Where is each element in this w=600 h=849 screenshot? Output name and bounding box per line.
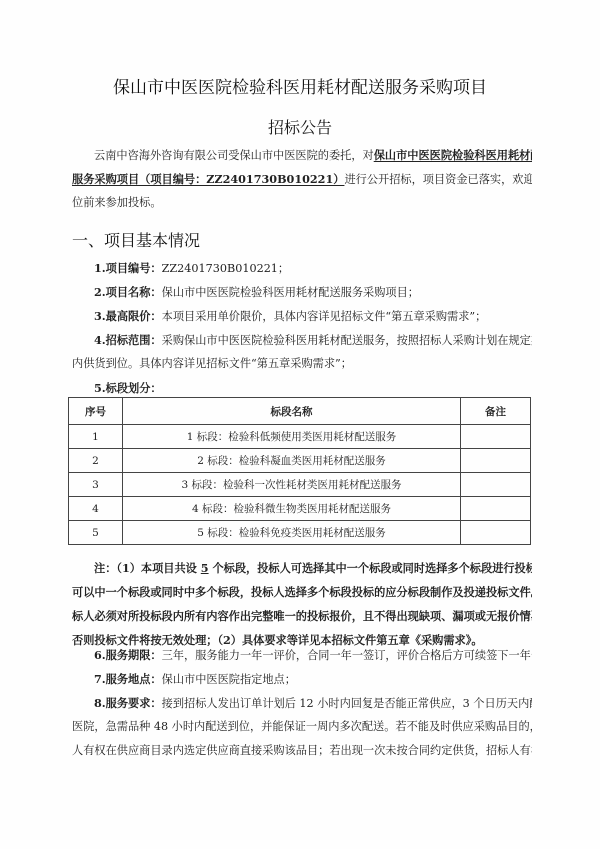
note-text: 。投 xyxy=(531,585,532,599)
item-max-price: 3.最高限价：本项目采用单价限价，具体内容详见招标文件“第五章采购需求”； xyxy=(72,304,532,328)
item-label: 8.服务要求： xyxy=(94,696,162,710)
header-seq: 序号 xyxy=(69,398,123,425)
cell-remarks xyxy=(461,425,531,449)
cell-seq: 5 xyxy=(69,521,123,545)
item-service-period: 6.服务期限：三年，服务能力一年一评价，合同一年一签订，评价合格后方可续签下一年… xyxy=(72,643,532,667)
note-line-3: 标人必须对所投标段内所有内容作出完整唯一的投标报价，且不得出现缺项、漏项或无报价… xyxy=(72,604,532,628)
table-row: 5 5 标段：检验科免疫类医用耗材配送服务 xyxy=(69,521,531,545)
header-lot-name: 标段名称 xyxy=(123,398,461,425)
cell-remarks xyxy=(461,473,531,497)
item-label: 3.最高限价： xyxy=(94,309,162,323)
item-text: 保山市中医医院检验科医用耗材配送服务采购项目； xyxy=(162,286,419,299)
item-text: 保山市中医医院指定地点； xyxy=(162,673,296,686)
note-line-2: 可以中一个标段或同时中多个标段，投标人选择多个标段投标的应分标段制作及投递投标文… xyxy=(72,580,532,604)
item-label: 7.服务地点： xyxy=(94,672,162,686)
note-text: 可以中一个标段或同时中多个标段，投标人选择多个标段投标的 xyxy=(72,585,385,599)
item-tender-scope-continuation: 内供货到位。具体内容详见招标文件“第五章采购需求”； xyxy=(72,352,532,376)
table-row: 4 4 标段：检验科微生物类医用耗材配送服务 xyxy=(69,497,531,521)
item-text: 本项目采用单价限价，具体内容详见招标文件“第五章采购需求”； xyxy=(162,310,487,323)
note-text: 注：（1）本项目共设 xyxy=(94,561,201,575)
note-line-1: 注：（1）本项目共设 5 个标段，投标人可选择其中一个标段或同时选择多个标段进行… xyxy=(72,556,532,580)
cell-lot-name: 3 标段：检验科一次性耗材类医用耗材配送服务 xyxy=(123,473,461,497)
intro-line-3: 位前来参加投标。 xyxy=(72,191,532,215)
cell-seq: 1 xyxy=(69,425,123,449)
table-row: 3 3 标段：检验科一次性耗材类医用耗材配送服务 xyxy=(69,473,531,497)
table-row: 2 2 标段：检验科凝血类医用耗材配送服务 xyxy=(69,449,531,473)
cell-remarks xyxy=(461,449,531,473)
cell-lot-name: 5 标段：检验科免疫类医用耗材配送服务 xyxy=(123,521,461,545)
item-service-requirements-continuation-2: 人有权在供应商目录内选定供应商直接采购该品目；若出现一次未按合同约定供货，招标人… xyxy=(72,739,532,763)
cell-lot-name: 4 标段：检验科微生物类医用耗材配送服务 xyxy=(123,497,461,521)
table-row: 1 1 标段：检验科低频使用类医用耗材配送服务 xyxy=(69,425,531,449)
cell-lot-name: 1 标段：检验科低频使用类医用耗材配送服务 xyxy=(123,425,461,449)
item-service-location: 7.服务地点：保山市中医医院指定地点； xyxy=(72,667,532,691)
item-project-name: 2.项目名称：保山市中医医院检验科医用耗材配送服务采购项目； xyxy=(72,280,532,304)
intro-suffix: 进行公开招标，项目资金已落实，欢迎符合要求的单 xyxy=(344,173,532,186)
lot-table: 序号 标段名称 备注 1 1 标段：检验科低频使用类医用耗材配送服务 2 2 标… xyxy=(68,397,531,545)
cell-seq: 3 xyxy=(69,473,123,497)
item-text: 三年，服务能力一年一评价，合同一年一签订，评价合格后方可续签下一年合同； xyxy=(162,649,532,662)
cell-seq: 4 xyxy=(69,497,123,521)
document-subtitle: 招标公告 xyxy=(0,116,600,140)
item-service-requirements: 8.服务要求：接到招标人发出订单计划后 12 小时内回复是否能正常供应，3 个日… xyxy=(72,691,532,715)
item-label: 1.项目编号： xyxy=(94,261,162,275)
item-text: 采购保山市中医医院检验科医用耗材配送服务，按照招标人采购计划在规定期限 xyxy=(162,334,532,347)
cell-seq: 2 xyxy=(69,449,123,473)
cell-remarks xyxy=(461,497,531,521)
document-title: 保山市中医医院检验科医用耗材配送服务采购项目 xyxy=(0,76,600,100)
cell-remarks xyxy=(461,521,531,545)
cell-lot-name: 2 标段：检验科凝血类医用耗材配送服务 xyxy=(123,449,461,473)
note-lot-count: 5 xyxy=(201,561,209,575)
intro-line-1: 云南中咨海外咨询有限公司受保山市中医医院的委托，对保山市中医医院检验科医用耗材配… xyxy=(72,143,532,167)
item-service-requirements-continuation-1: 医院，急需品种 48 小时内配送到位，并能保证一周内多次配送。若不能及时供应采购… xyxy=(72,715,532,739)
section-heading-basic-info: 一、项目基本情况 xyxy=(72,229,200,253)
item-tender-scope: 4.招标范围：采购保山市中医医院检验科医用耗材配送服务，按照招标人采购计划在规定… xyxy=(72,328,532,352)
intro-line-2: 服务采购项目（项目编号：ZZ2401730B010221）进行公开招标，项目资金… xyxy=(72,167,532,191)
intro-prefix: 云南中咨海外咨询有限公司受保山市中医医院的委托，对 xyxy=(94,149,374,162)
item-project-number: 1.项目编号：ZZ2401730B010221； xyxy=(72,256,532,280)
note-emphasis: 应分标段制作及投递投标文件 xyxy=(385,585,530,599)
header-remarks: 备注 xyxy=(461,398,531,425)
intro-project-name-part2: 服务采购项目（项目编号：ZZ2401730B010221） xyxy=(72,172,344,186)
item-text: ZZ2401730B010221； xyxy=(162,262,290,275)
note-text: 个标段，投标人可选择其中一个标段或同时选择多个标段进行投标，并 xyxy=(209,561,532,575)
item-label: 5.标段划分： xyxy=(94,381,162,395)
item-label: 4.招标范围： xyxy=(94,333,162,347)
item-text: 接到招标人发出订单计划后 12 小时内回复是否能正常供应，3 个日历天内配送到 xyxy=(162,697,532,710)
item-label: 6.服务期限： xyxy=(94,648,162,662)
intro-project-name-part1: 保山市中医医院检验科医用耗材配送 xyxy=(374,148,532,162)
document-page: 保山市中医医院检验科医用耗材配送服务采购项目 招标公告 云南中咨海外咨询有限公司… xyxy=(0,0,600,849)
item-label: 2.项目名称： xyxy=(94,285,162,299)
table-header-row: 序号 标段名称 备注 xyxy=(69,398,531,425)
